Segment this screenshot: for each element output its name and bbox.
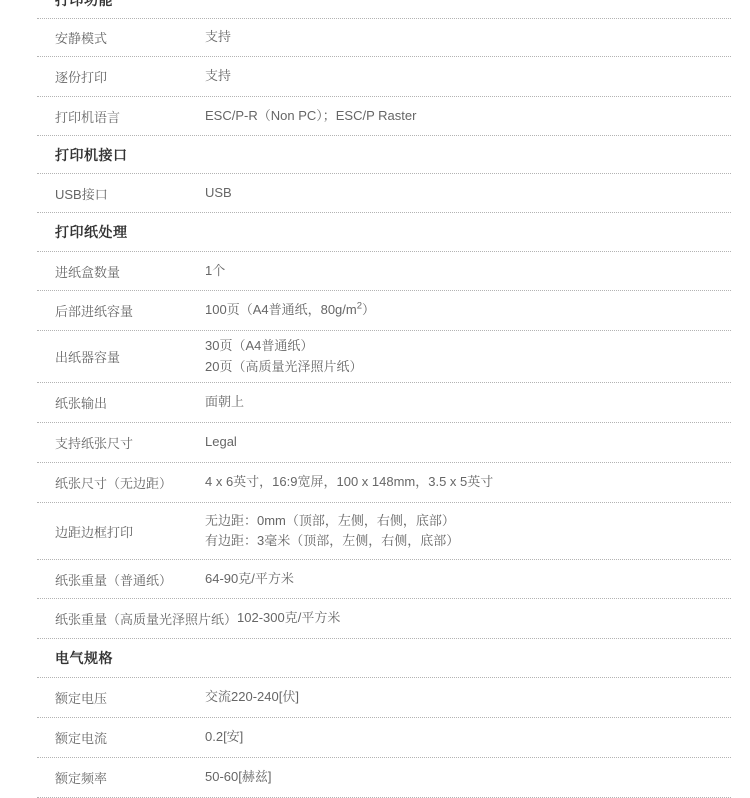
spec-row-usb-interface: USB接口 USB bbox=[37, 174, 731, 213]
spec-value: 1个 bbox=[205, 261, 225, 281]
spec-value: 100页（A4普通纸，80g/m2） bbox=[205, 300, 375, 320]
spec-row-margin-border-printing: 边距边框打印 无边距：0mm（顶部，左侧，右侧，底部） 有边距：3毫米（顶部，左… bbox=[37, 503, 731, 560]
value-line: 30页（A4普通纸） bbox=[205, 336, 362, 356]
spec-row-paper-weight-plain: 纸张重量（普通纸） 64-90克/平方米 bbox=[37, 560, 731, 599]
value-line: 无边距：0mm（顶部，左侧，右侧，底部） bbox=[205, 511, 459, 531]
value-line: 20页（高质量光泽照片纸） bbox=[205, 357, 362, 377]
spec-value: 支持 bbox=[205, 66, 231, 86]
section-title: 打印功能 bbox=[55, 0, 113, 10]
spec-label: 安静模式 bbox=[55, 28, 205, 47]
printer-spec-table: 打印功能 安静模式 支持 逐份打印 支持 打印机语言 ESC/P-R（Non P… bbox=[37, 0, 731, 789]
spec-row-rated-frequency: 额定频率 50-60[赫兹] bbox=[37, 758, 731, 789]
spec-value: 30页（A4普通纸） 20页（高质量光泽照片纸） bbox=[205, 336, 362, 376]
spec-row-printer-language: 打印机语言 ESC/P-R（Non PC）；ESC/P Raster bbox=[37, 97, 731, 136]
spec-value: 4 x 6英寸，16:9宽屏，100 x 148mm，3.5 x 5英寸 bbox=[205, 472, 493, 492]
spec-value: 支持 bbox=[205, 27, 231, 47]
value-text: 100页（A4普通纸，80g/m bbox=[205, 302, 357, 317]
spec-label: 逐份打印 bbox=[55, 67, 205, 86]
spec-value: USB bbox=[205, 183, 232, 203]
section-title: 打印机接口 bbox=[55, 145, 128, 165]
section-header-paper-handling: 打印纸处理 bbox=[37, 213, 731, 252]
spec-label: USB接口 bbox=[55, 184, 205, 203]
spec-value: Legal bbox=[205, 432, 237, 452]
spec-row-paper-tray-count: 进纸盒数量 1个 bbox=[37, 252, 731, 291]
section-header-printer-interface: 打印机接口 bbox=[37, 136, 731, 174]
spec-label: 打印机语言 bbox=[55, 107, 205, 126]
spec-value: 64-90克/平方米 bbox=[205, 569, 294, 589]
spec-label: 纸张输出 bbox=[55, 393, 205, 412]
spec-value: 无边距：0mm（顶部，左侧，右侧，底部） 有边距：3毫米（顶部，左侧，右侧，底部… bbox=[205, 511, 459, 551]
spec-value: 0.2[安] bbox=[205, 727, 243, 747]
spec-row-rear-feed-capacity: 后部进纸容量 100页（A4普通纸，80g/m2） bbox=[37, 291, 731, 331]
section-header-print-functions: 打印功能 bbox=[37, 0, 731, 19]
spec-label: 边距边框打印 bbox=[55, 522, 205, 541]
spec-row-paper-output: 纸张输出 面朝上 bbox=[37, 383, 731, 423]
spec-row-borderless-paper-size: 纸张尺寸（无边距） 4 x 6英寸，16:9宽屏，100 x 148mm，3.5… bbox=[37, 463, 731, 503]
spec-label: 额定电压 bbox=[55, 688, 205, 707]
spec-label: 后部进纸容量 bbox=[55, 301, 205, 320]
spec-value: 交流220-240[伏] bbox=[205, 687, 299, 707]
spec-row-supported-paper-size: 支持纸张尺寸 Legal bbox=[37, 423, 731, 463]
spec-row-output-tray-capacity: 出纸器容量 30页（A4普通纸） 20页（高质量光泽照片纸） bbox=[37, 331, 731, 383]
spec-label: 纸张重量（高质量光泽照片纸） bbox=[55, 609, 237, 628]
spec-row-paper-weight-glossy: 纸张重量（高质量光泽照片纸） 102-300克/平方米 bbox=[37, 599, 731, 639]
value-text: ） bbox=[362, 302, 375, 317]
spec-label: 进纸盒数量 bbox=[55, 262, 205, 281]
spec-value: 50-60[赫兹] bbox=[205, 767, 271, 787]
spec-label: 纸张尺寸（无边距） bbox=[55, 473, 205, 492]
spec-value: 102-300克/平方米 bbox=[237, 608, 340, 628]
spec-label: 出纸器容量 bbox=[55, 347, 205, 366]
spec-value: 面朝上 bbox=[205, 392, 244, 412]
spec-label: 额定电流 bbox=[55, 728, 205, 747]
spec-label: 支持纸张尺寸 bbox=[55, 433, 205, 452]
spec-label: 纸张重量（普通纸） bbox=[55, 570, 205, 589]
spec-row-rated-voltage: 额定电压 交流220-240[伏] bbox=[37, 678, 731, 718]
spec-label: 额定频率 bbox=[55, 768, 205, 787]
section-header-electrical-specs: 电气规格 bbox=[37, 639, 731, 678]
spec-value: ESC/P-R（Non PC）；ESC/P Raster bbox=[205, 106, 416, 126]
spec-row-collate-printing: 逐份打印 支持 bbox=[37, 57, 731, 97]
spec-row-quiet-mode: 安静模式 支持 bbox=[37, 19, 731, 57]
section-title: 打印纸处理 bbox=[55, 222, 128, 242]
section-title: 电气规格 bbox=[55, 648, 113, 668]
value-line: 有边距：3毫米（顶部，左侧，右侧，底部） bbox=[205, 531, 459, 551]
spec-row-rated-current: 额定电流 0.2[安] bbox=[37, 718, 731, 758]
